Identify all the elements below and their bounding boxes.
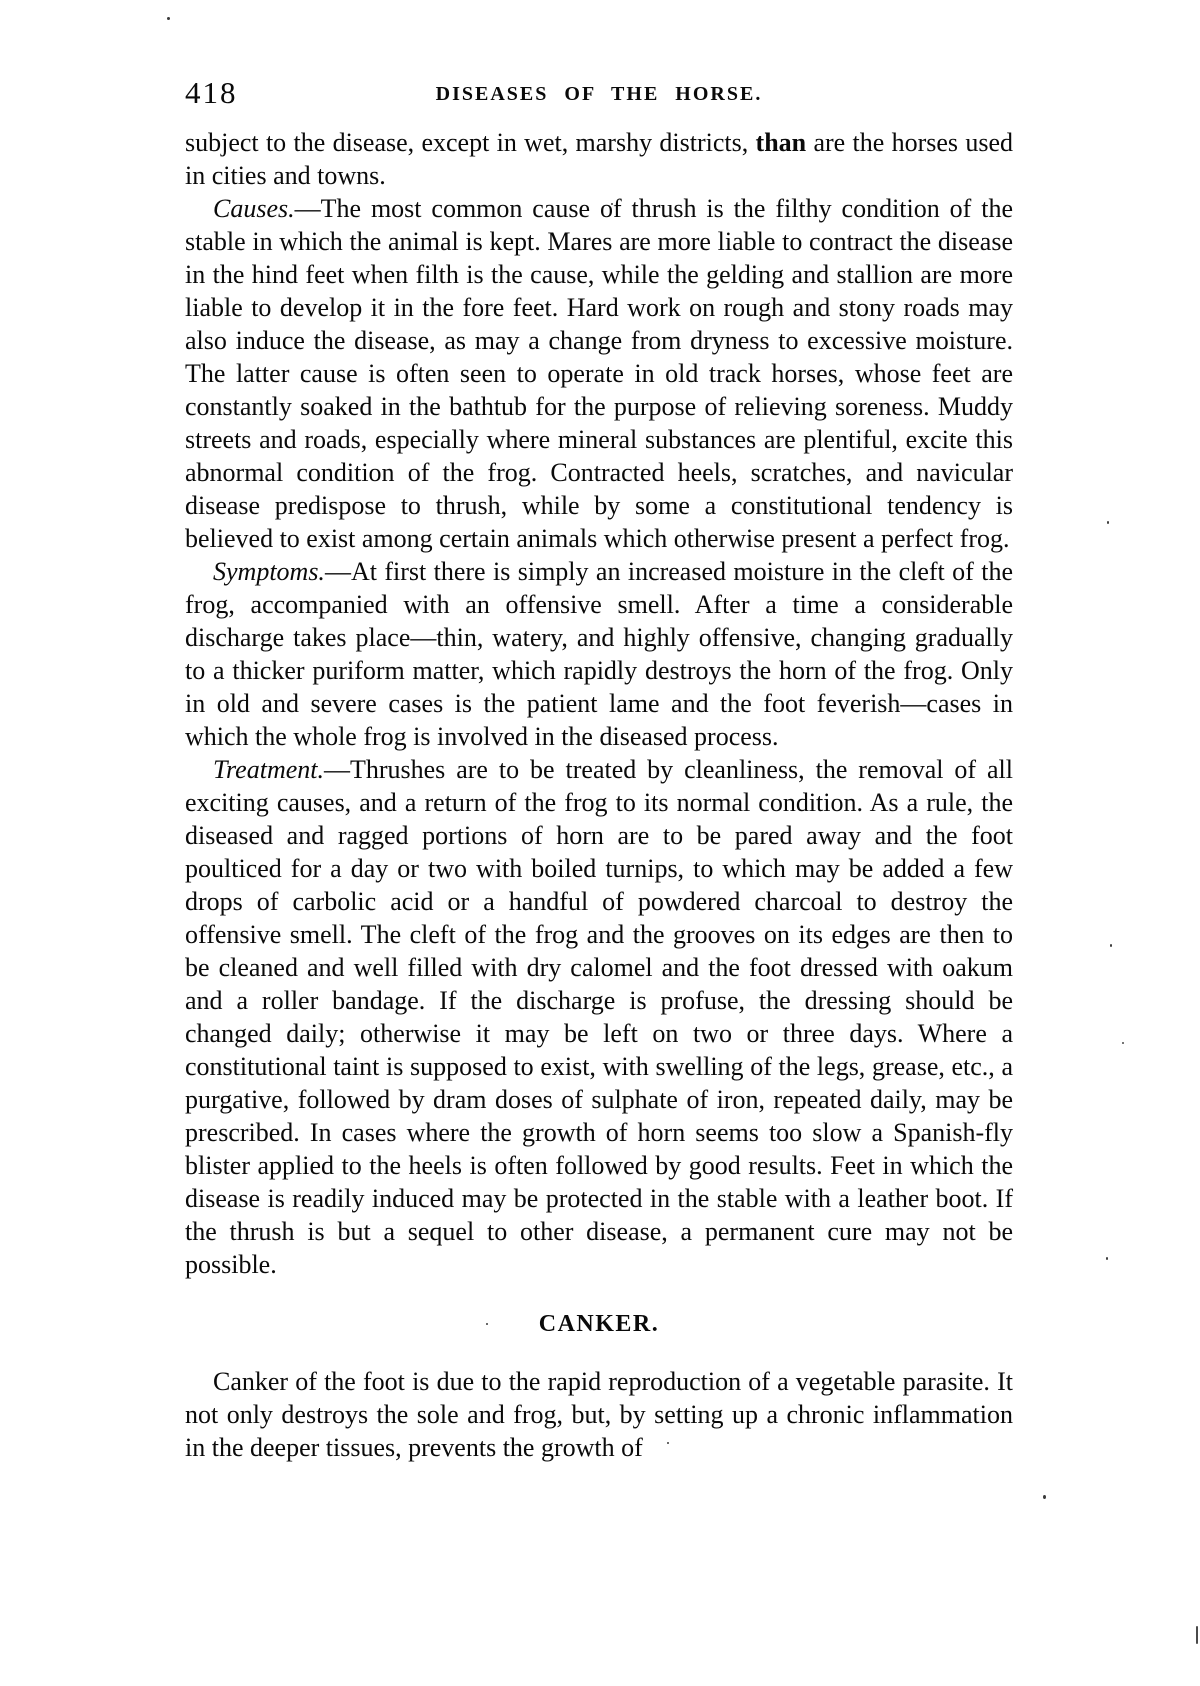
scan-speck (1106, 1257, 1108, 1260)
causes-lead: Causes. (213, 194, 295, 223)
page-header: 418 DISEASES OF THE HORSE. (185, 76, 1013, 112)
scan-speck (486, 1323, 488, 1325)
paragraph-text: —Thrushes are to be treated by cleanline… (185, 755, 1013, 1279)
scan-speck (167, 17, 170, 20)
scan-edge-mark (1122, 1042, 1124, 1044)
scan-edge-mark (1196, 1626, 1198, 1644)
section-heading-canker: CANKER. (185, 1308, 1013, 1341)
running-header: DISEASES OF THE HORSE. (185, 82, 1013, 106)
paragraph-canker: Canker of the foot is due to the rapid r… (185, 1365, 1013, 1464)
paragraph-text: subject to the disease, except in wet, m… (185, 128, 756, 157)
paragraph-text: Canker of the foot is due to the rapid r… (185, 1367, 1013, 1462)
scan-speck (611, 203, 613, 205)
paragraph-treatment: Treatment.—Thrushes are to be treated by… (185, 753, 1013, 1281)
emphasized-word: than (756, 128, 807, 157)
paragraph-symptoms: Symptoms.—At first there is simply an in… (185, 555, 1013, 753)
treatment-lead: Treatment. (213, 755, 324, 784)
paragraph-thrush-continuation: subject to the disease, except in wet, m… (185, 126, 1013, 192)
paragraph-causes: Causes.—The most common cause of thrush … (185, 192, 1013, 555)
scan-speck (1043, 1495, 1046, 1499)
symptoms-lead: Symptoms. (213, 557, 325, 586)
paragraph-text: —The most common cause of thrush is the … (185, 194, 1013, 553)
scan-speck (667, 1442, 669, 1444)
page-text: subject to the disease, except in wet, m… (185, 126, 1013, 1464)
book-page: 418 DISEASES OF THE HORSE. subject to th… (0, 0, 1200, 1686)
scan-speck (1107, 521, 1109, 524)
scan-speck (1110, 944, 1112, 947)
paragraph-text: —At first there is simply an increased m… (185, 557, 1013, 751)
